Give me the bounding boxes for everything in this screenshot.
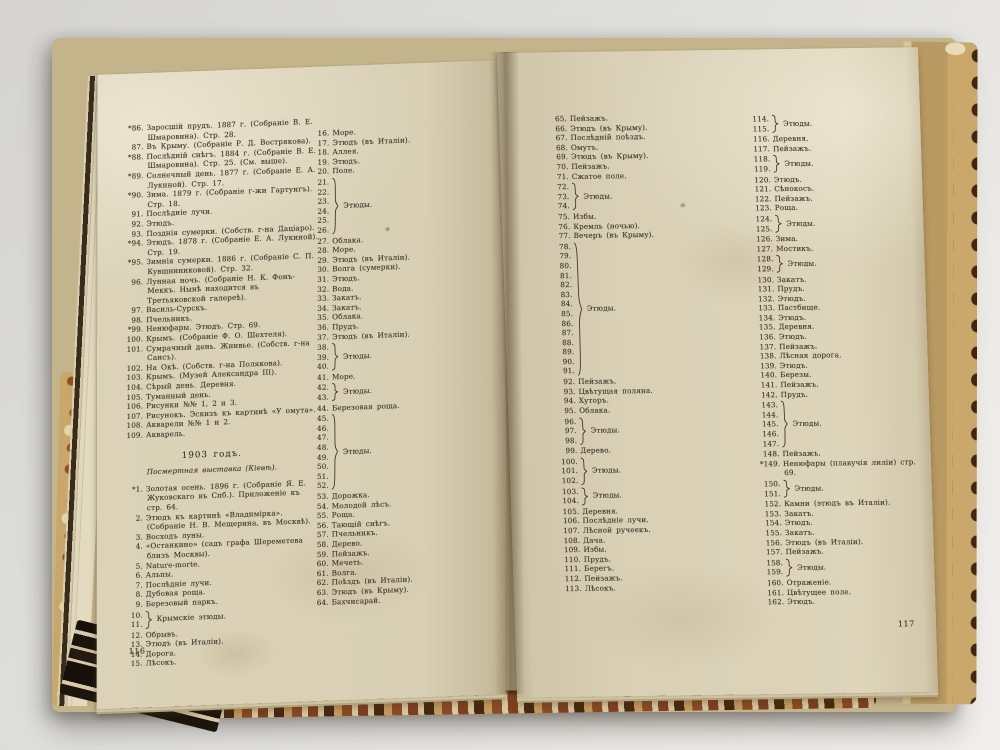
entry-number: 100. (558, 457, 578, 467)
entry-number: 82. (552, 280, 572, 290)
entry-number: 123. (752, 204, 772, 214)
entry-title: Отраженіе. (786, 577, 831, 587)
entry-number: 128. (753, 255, 773, 265)
entry-title: Лѣсная дорога. (779, 351, 841, 361)
left-page: *86.Заросшій прудъ. 1887 г. (Собраніе В.… (97, 60, 507, 709)
brace-icon (772, 154, 781, 173)
entry-number: 96. (556, 416, 576, 426)
entry-title: Омутъ. (571, 142, 599, 151)
entry-title: Тающій снѣгъ. (332, 518, 391, 529)
entry-title: Дерево. (332, 538, 363, 548)
entry-title: Дача. (583, 535, 605, 544)
entry-number: 2. (123, 513, 143, 523)
entry-title: Этюды. (587, 304, 616, 314)
entry-number: 132. (755, 294, 775, 304)
entry-number: 110. (561, 555, 581, 565)
entry-number: 131. (754, 284, 774, 294)
entry-title: Березовая роща. (332, 401, 400, 412)
brace-icon (331, 413, 339, 490)
catalog-entry-group: 21.22.23.24.25.26.Этюды. (309, 172, 487, 236)
entry-title: Прудъ. (584, 554, 612, 563)
entry-title: Этюдъ. (778, 293, 806, 302)
entry-title: Пейзажъ. (332, 548, 370, 558)
left-page-column-2: 16.Море.17.Этюдъ (въ Италіи).18.Аллея.19… (309, 123, 488, 608)
entry-number: 101. (123, 344, 143, 354)
entry-title: Этюды. (797, 562, 826, 572)
entry-title: Закатъ. (784, 508, 814, 517)
entry-title: Деревня. (773, 134, 809, 143)
entry-title: Прудъ. (781, 389, 809, 398)
page-number: 117 (898, 619, 915, 628)
entry-number: *88. (124, 152, 144, 162)
entry-title: Море. (332, 245, 356, 255)
entry-number: 151. (761, 489, 781, 499)
catalog-entry-group: 78.79.80.81.82.83.84.85.86.87.88.89.90.9… (551, 239, 755, 376)
entry-number: 129. (754, 264, 774, 274)
entry-number: 117. (750, 144, 770, 154)
entry-title: Василь-Сурскъ. (146, 303, 207, 314)
entry-title: Этюдъ. (778, 313, 806, 322)
entry-number: 80. (551, 261, 571, 271)
entry-number: 20. (309, 167, 329, 177)
entry-number: 92. (555, 377, 575, 387)
entry-title: Пейзажъ. (786, 547, 824, 557)
entry-title: Закатъ. (332, 302, 361, 312)
entry-number: 26. (309, 225, 329, 235)
entry-title: Этюдъ (въ Крыму). (571, 151, 649, 161)
catalog-entry: *149.Ненюфары (плавучія лиліи) стр. 69. (760, 457, 923, 478)
entry-title: Альпы. (146, 569, 174, 579)
entry-number: 97. (557, 426, 577, 436)
entry-title: Море. (332, 127, 356, 137)
brace-icon (580, 457, 589, 486)
entry-number: 81. (552, 271, 572, 281)
entry-number: 44. (309, 403, 329, 413)
entry-number: 65. (547, 114, 567, 124)
right-page-column-1: 65.Пейзажъ.66.Этюдъ (въ Крыму).67.Послѣд… (547, 112, 762, 594)
entry-title: Этюдъ. (146, 218, 174, 228)
entry-title: Этюдъ. (787, 597, 815, 606)
brace-icon (331, 342, 339, 371)
entry-number: 70. (548, 162, 568, 172)
entry-title: Деревня. (778, 322, 814, 331)
entry-title: Цвѣтущее поле. (787, 587, 852, 597)
entry-title: Мечеть. (332, 558, 364, 568)
catalog-entry-group: 72.73.74.Этюды. (549, 180, 750, 212)
entry-number: 121. (751, 184, 771, 194)
entry-number: 118. (750, 155, 770, 165)
left-page-column-1: *86.Заросшій прудъ. 1887 г. (Собраніе В.… (123, 117, 320, 670)
entry-title: Цвѣтущая поляна. (578, 386, 652, 396)
catalog-entry-group: 150.151.Этюды. (760, 477, 923, 498)
entry-title: Этюды. (592, 466, 621, 476)
entry-number: 79. (551, 251, 571, 261)
entry-number: 146. (759, 429, 779, 439)
entry-title: Этюдъ. (774, 174, 802, 183)
entry-title: Закатъ. (785, 528, 815, 537)
entry-number: 90. (554, 357, 574, 367)
entry-number: 78. (551, 242, 571, 252)
entry-title: Дорожка. (332, 490, 370, 500)
section-subheading: Посмертная выставка (Кіевѣ). (123, 462, 301, 478)
entry-number: 76. (550, 222, 570, 232)
entry-title: Акварель. (146, 429, 185, 439)
entry-number: 154. (762, 518, 782, 528)
brace-icon (331, 383, 339, 402)
entry-number: 37. (309, 332, 329, 342)
entry-title: Ненюфары (плавучія лиліи) стр. 69. (783, 457, 916, 477)
entry-number: 130. (754, 275, 774, 285)
entry-number: 88. (554, 338, 574, 348)
entry-title: Избы. (573, 212, 597, 221)
catalog-entry: 162.Этюдъ. (764, 595, 926, 607)
catalog-entry-group: 103.104.Этюды. (559, 484, 760, 506)
entry-number: 145. (759, 420, 779, 430)
entry-title: Пейзажъ. (773, 143, 811, 153)
entry-number: 77. (551, 231, 571, 241)
entry-title: Бахчисарай. (332, 595, 381, 606)
entry-title: Крымскіе этюды. (157, 612, 226, 624)
entry-number: 50. (309, 462, 329, 472)
entry-title: Берегъ. (584, 564, 614, 573)
entry-title: Мостикъ. (776, 243, 813, 253)
entry-number: 11. (123, 620, 143, 630)
entry-title: Этюдъ. (779, 332, 807, 341)
brace-icon (775, 254, 784, 273)
entry-number: 40. (309, 362, 329, 372)
brace-icon (578, 416, 587, 445)
entry-number: 72. (549, 182, 569, 192)
entry-number: 48. (309, 443, 329, 453)
entry-number: 127. (753, 244, 773, 254)
entry-number: 83. (552, 290, 572, 300)
entry-title: Этюдъ. (332, 273, 360, 283)
entry-number: 125. (752, 224, 772, 234)
brace-icon (782, 479, 791, 498)
catalog-entry-group: 128.129.Этюды. (753, 253, 916, 274)
brace-icon (774, 214, 783, 233)
entry-title: Этюдъ. (332, 156, 360, 166)
entry-title: Лунная ночь. (Собраніе Н. К. Фонъ-Меккъ.… (146, 271, 295, 305)
entry-number: 137. (756, 342, 776, 352)
entry-number: 162. (764, 597, 784, 607)
catalog-entry-group: 143.144.145.146.147.Этюды. (758, 398, 921, 448)
entry-title: Этюдъ. (785, 518, 813, 527)
entry-number: *89. (124, 171, 144, 181)
brace-icon (771, 114, 780, 133)
entry-number: 4. (123, 542, 143, 552)
entry-number: 112. (561, 574, 581, 584)
entry-number: 84. (553, 299, 573, 309)
entry-title: Пейзажъ. (578, 377, 616, 387)
entry-title: Этюды. (583, 191, 612, 201)
entry-number: 140. (757, 371, 777, 381)
book-photo: { "book": { "left_page": { "page_number"… (0, 0, 1000, 750)
entry-title: Сѣнокосъ. (774, 184, 814, 194)
entry-number: 144. (758, 410, 778, 420)
page-number: 116 (129, 646, 146, 656)
entry-number: 158. (763, 558, 783, 568)
entry-title: Вечеръ (въ Крыму). (574, 230, 655, 240)
entry-number: *94. (123, 238, 143, 248)
entry-title: Nature-morte. (146, 559, 200, 570)
entry-number: 94. (556, 396, 576, 406)
entry-number: 124. (752, 214, 772, 224)
entry-number: 147. (759, 439, 779, 449)
entry-number: 157. (763, 547, 783, 557)
entry-number: 160. (763, 578, 783, 588)
entry-title: Этюды. (591, 425, 620, 435)
entry-number: 111. (561, 564, 581, 574)
entry-title: Этюды. (593, 491, 622, 501)
entry-number: 75. (550, 212, 570, 222)
entry-number: 116. (750, 134, 770, 144)
section-heading: 1903 годъ. (123, 447, 301, 463)
entry-number: 106. (559, 516, 579, 526)
entry-title: Лѣсокъ. (585, 583, 616, 592)
entry-number: 156. (762, 538, 782, 548)
entry-number: 64. (309, 597, 329, 607)
entry-number: 143. (758, 400, 778, 410)
entry-number: 45. (309, 414, 329, 424)
entry-number: 73. (549, 192, 569, 202)
right-page-column-2: 114.115.Этюды.116.Деревня.117.Пейзажъ.11… (749, 111, 926, 607)
entry-number: 103. (559, 487, 579, 497)
entry-number: 126. (753, 234, 773, 244)
entry-title: Пейзажъ. (780, 380, 818, 390)
entry-title: Лѣсной ручеекъ. (583, 525, 651, 535)
brace-icon (145, 610, 153, 629)
entry-number: 9. (123, 599, 143, 609)
entry-number: 101. (558, 466, 578, 476)
entry-title: Послѣдній поѣздъ. (570, 132, 645, 142)
catalog-entry: 113.Лѣсокъ. (562, 581, 762, 593)
entry-number: 86. (553, 319, 573, 329)
entry-title: Этюды. (343, 200, 372, 211)
entry-title: Деревня. (582, 506, 618, 515)
entry-title: Облака. (579, 405, 610, 414)
entry-number: 136. (756, 332, 776, 342)
entry-title: Этюды. (783, 118, 812, 128)
entry-title: Этюдъ. (780, 361, 808, 370)
entry-number: 69. (548, 152, 568, 162)
entry-number: 102. (558, 476, 578, 486)
entry-title: Поле. (332, 166, 354, 176)
entry-title: Этюды. (795, 483, 824, 493)
entry-title: Зима. (776, 234, 798, 243)
entry-number: 153. (761, 509, 781, 519)
entry-title: Волга. (332, 567, 357, 577)
entry-title: Пейзажъ. (779, 341, 817, 351)
entry-title: Послѣдніе лучи. (582, 515, 648, 525)
entry-title: Аллея. (332, 146, 359, 156)
catalog-entry-group: 100.101.102.Этюды. (558, 454, 759, 486)
entry-number: *86. (124, 123, 144, 133)
entry-number: 133. (755, 303, 775, 313)
entry-number: 113. (562, 584, 582, 594)
entry-title: Этюдъ (въ Крыму). (570, 123, 648, 133)
entry-number: 43. (309, 393, 329, 403)
entry-number: 120. (751, 175, 771, 185)
entry-number: 148. (759, 449, 779, 459)
entry-title: Березы. (780, 370, 812, 379)
entry-title: Этюды. (343, 446, 372, 457)
entry-title: Избы. (583, 545, 607, 554)
entry-number: 52. (309, 481, 329, 491)
entry-number: 161. (764, 588, 784, 598)
brace-icon (571, 182, 580, 211)
entry-title: Послѣдніе лучи. (146, 207, 212, 218)
entry-number: 119. (750, 164, 770, 174)
entry-title: Пейзажъ. (774, 193, 812, 203)
entry-number: 68. (548, 143, 568, 153)
entry-number: 152. (761, 499, 781, 509)
entry-number: 134. (755, 313, 775, 323)
entry-title: Облака. (332, 312, 363, 322)
entry-number: 135. (755, 323, 775, 333)
entry-title: Пейзажъ. (782, 449, 820, 459)
catalog-entry-group: 124.125.Этюды. (752, 212, 915, 233)
entry-title: Этюды. (343, 386, 372, 397)
brace-icon (331, 177, 339, 235)
entry-number: 15. (123, 659, 143, 669)
entry-title: Прудъ. (777, 284, 805, 293)
entry-number: *95. (123, 258, 143, 268)
entry-title: Облака. (332, 235, 363, 245)
entry-title: Хуторъ. (579, 396, 609, 405)
entry-title: Кремль (ночью). (573, 221, 640, 231)
entry-title: Лѣсокъ. (146, 658, 177, 668)
entry-number: 85. (553, 309, 573, 319)
entry-number: 115. (749, 124, 769, 134)
entry-number: 67. (547, 133, 567, 143)
brace-icon (573, 242, 585, 376)
entry-title: Пейзажъ. (584, 573, 622, 583)
entry-number: 99. (557, 446, 577, 456)
entry-number: 41. (309, 372, 329, 382)
entry-number: 159. (763, 567, 783, 577)
entry-number: *149. (760, 459, 780, 469)
brace-icon (581, 486, 590, 505)
catalog-entry-group: 118.119.Этюды. (750, 153, 913, 174)
entry-title: Дерево. (580, 446, 611, 455)
entry-number: 105. (559, 507, 579, 517)
entry-title: Березовый паркъ. (146, 597, 218, 609)
brace-icon (780, 400, 790, 448)
entry-number: 141. (757, 380, 777, 390)
entry-number: 155. (762, 528, 782, 538)
entry-title: Пейзажъ. (571, 161, 609, 171)
entry-title: Закатъ. (332, 292, 361, 302)
entry-number: 139. (757, 361, 777, 371)
catalog-entry-group: 114.115.Этюды. (749, 112, 912, 133)
entry-title: Роща. (775, 203, 798, 212)
entry-number: 95. (556, 406, 576, 416)
entry-title: Вода. (332, 283, 353, 293)
entry-number: 122. (751, 194, 771, 204)
entry-title: Этюды. (784, 159, 813, 169)
entry-number: *1. (123, 484, 143, 494)
entry-number: 109. (560, 545, 580, 555)
entry-number: 98. (557, 436, 577, 446)
entry-title: Пчельникъ. (332, 528, 378, 539)
entry-number: 23. (309, 197, 329, 207)
entry-title: Прудъ. (332, 321, 359, 331)
entry-title: Море. (332, 371, 356, 381)
entry-title: Этюды. (787, 259, 816, 269)
entry-number: 114. (749, 114, 769, 124)
entry-number: 21. (309, 177, 329, 187)
catalog-entry-group: 45.46.47.48.49.50.51.52.Этюды. (309, 408, 487, 491)
entry-title: Роща. (332, 510, 355, 520)
entry-number: 142. (758, 390, 778, 400)
entry-title: Этюды. (343, 351, 372, 362)
entry-number: 93. (555, 387, 575, 397)
catalog-entry-group: 96.97.98.Этюды. (556, 414, 757, 446)
entry-number: 38. (309, 343, 329, 353)
entry-number: 87. (554, 328, 574, 338)
entry-title: Этюды. (786, 218, 815, 228)
entry-number: 104. (559, 496, 579, 506)
entry-title: Камни (этюдъ въ Италіи). (784, 498, 891, 508)
entry-title: Молодой лѣсъ. (332, 499, 392, 510)
entry-number: 108. (560, 536, 580, 546)
entry-number: 91. (555, 366, 575, 376)
entry-title: Этюдъ (въ Италіи). (785, 537, 863, 547)
entry-title: Этюды. (792, 419, 821, 429)
entry-title: Пейзажъ. (570, 114, 608, 124)
right-page: 65.Пейзажъ.66.Этюдъ (въ Крыму).67.Послѣд… (497, 47, 938, 698)
entry-title: Пастбище. (778, 303, 821, 313)
entry-number: 71. (549, 172, 569, 182)
catalog-entry-group: 158.159.Этюды. (763, 556, 926, 577)
entry-number: 107. (560, 526, 580, 536)
entry-number: *90. (123, 190, 143, 200)
entry-number: 74. (550, 201, 570, 211)
entry-number: 96. (123, 277, 143, 287)
entry-number: 138. (756, 351, 776, 361)
entry-number: 150. (760, 479, 780, 489)
entry-title: Дорога. (146, 648, 176, 658)
entry-title: Обрывъ. (146, 629, 178, 639)
brace-icon (785, 558, 794, 577)
entry-title: Волга (сумерки). (332, 262, 400, 274)
entry-number: 89. (554, 347, 574, 357)
entry-number: 109. (123, 430, 143, 440)
entry-title: Закатъ. (777, 274, 807, 283)
entry-title: Сжатое поле. (572, 171, 627, 181)
entry-number: 66. (547, 124, 567, 134)
